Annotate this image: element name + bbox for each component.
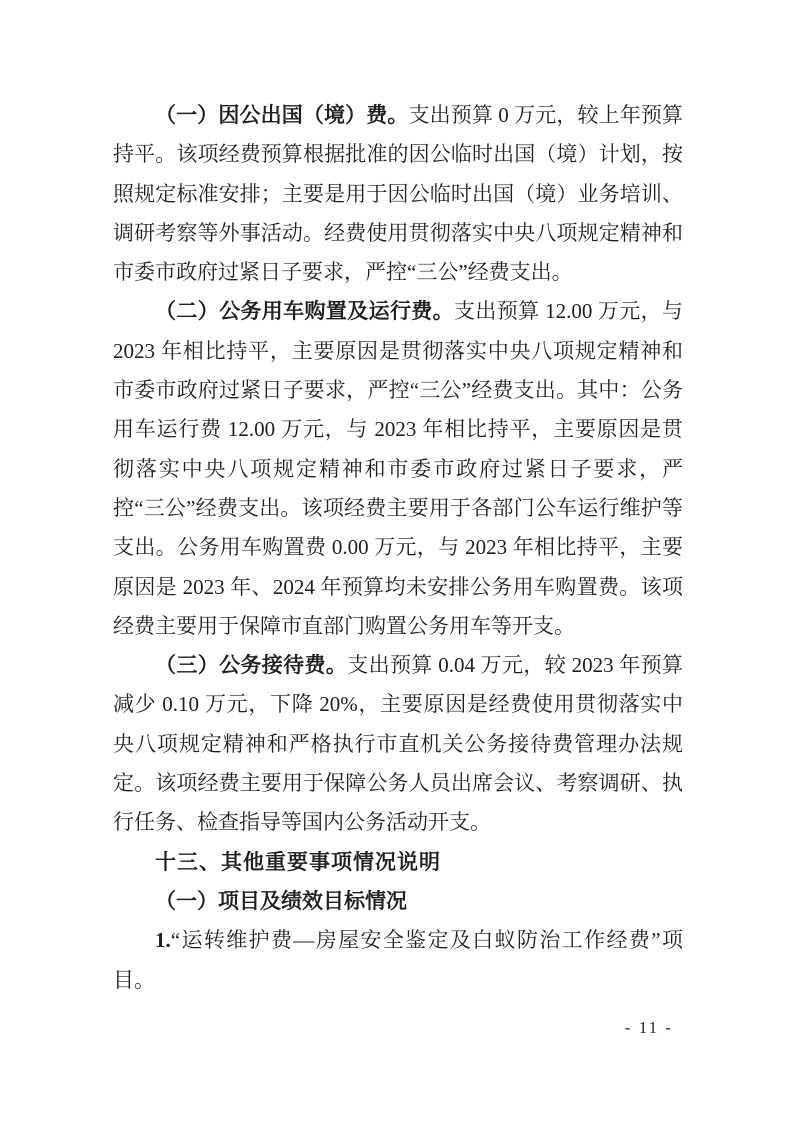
- subsection-heading-project-performance: （一）项目及绩效目标情况: [113, 882, 683, 921]
- document-page: （一）因公出国（境）费。支出预算 0 万元，较上年预算持平。该项经费预算根据批准…: [0, 0, 793, 1122]
- paragraph-overseas-travel-fee: （一）因公出国（境）费。支出预算 0 万元，较上年预算持平。该项经费预算根据批准…: [113, 96, 683, 292]
- section-heading-other-important-matters: 十三、其他重要事项情况说明: [113, 843, 683, 882]
- paragraph-text: 支出预算 12.00 万元，与 2023 年相比持平，主要原因是贯彻落实中央八项…: [113, 299, 683, 637]
- paragraph-lead: （二）公务用车购置及运行费。: [155, 299, 454, 323]
- paragraph-official-reception-fee: （三）公务接待费。支出预算 0.04 万元，较 2023 年预算减少 0.10 …: [113, 646, 683, 842]
- paragraph-official-vehicle-fee: （二）公务用车购置及运行费。支出预算 12.00 万元，与 2023 年相比持平…: [113, 292, 683, 646]
- paragraph-text: 支出预算 0 万元，较上年预算持平。该项经费预算根据批准的因公临时出国（境）计划…: [113, 103, 683, 284]
- paragraph-lead: 1.: [155, 928, 171, 952]
- paragraph-text: “运转维护费—房屋安全鉴定及白蚁防治工作经费”项目。: [113, 928, 683, 991]
- paragraph-lead: （一）因公出国（境）费。: [155, 103, 408, 127]
- paragraph-project-item-1: 1.“运转维护费—房屋安全鉴定及白蚁防治工作经费”项目。: [113, 921, 683, 1000]
- paragraph-lead: （三）公务接待费。: [155, 653, 347, 677]
- paragraph-text: 支出预算 0.04 万元，较 2023 年预算减少 0.10 万元，下降 20%…: [113, 653, 683, 834]
- document-body: （一）因公出国（境）费。支出预算 0 万元，较上年预算持平。该项经费预算根据批准…: [113, 96, 683, 1000]
- page-number: - 11 -: [625, 1016, 673, 1040]
